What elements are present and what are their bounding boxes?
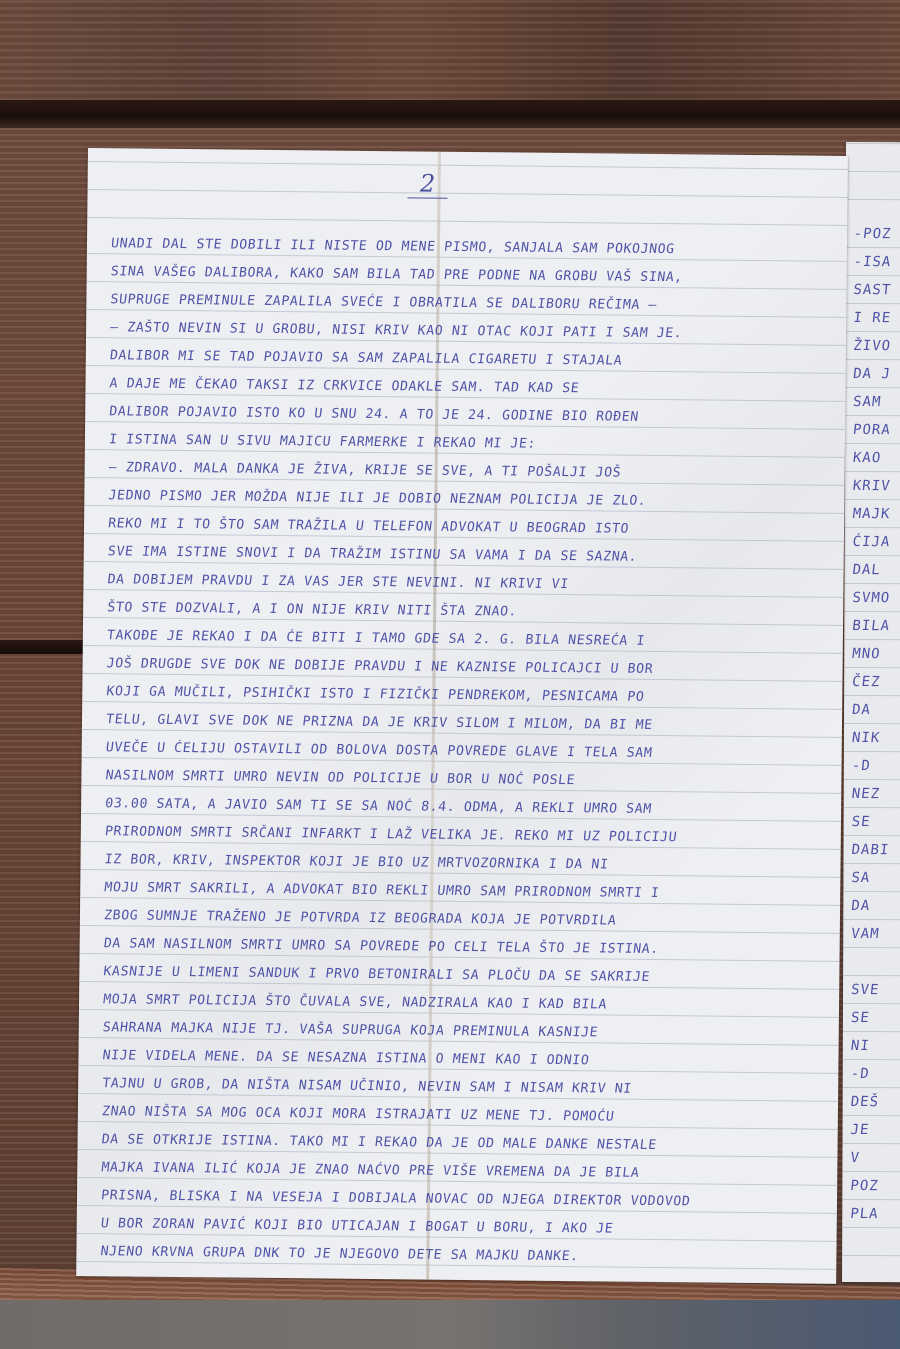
handwritten-line-fragment: ni <box>849 1032 890 1060</box>
handwritten-line-fragment: Da <box>850 696 891 724</box>
handwritten-line-fragment: sast <box>852 276 893 304</box>
handwritten-line-fragment: živo <box>852 332 893 360</box>
handwritten-line-fragment: pla <box>849 1200 890 1228</box>
handwritten-line-fragment: čez <box>851 668 892 696</box>
handwritten-line-fragment: deš <box>849 1088 890 1116</box>
letter-body: Unadi dal ste dobili ili niste od mene p… <box>100 230 835 1274</box>
handwritten-line-fragment: majk <box>851 500 892 528</box>
floor-background <box>0 1300 900 1349</box>
handwritten-line-fragment: sa <box>850 864 891 892</box>
handwritten-line-fragment: sam <box>852 388 893 416</box>
letter-page: 2 Unadi dal ste dobili ili niste od mene… <box>76 148 848 1284</box>
handwritten-line-fragment: je <box>849 1116 890 1144</box>
second-letter-page: -Poz-Isasasti reživoDa jsamporakaokrivma… <box>842 142 900 1282</box>
handwritten-line-fragment: -Isa <box>852 248 893 276</box>
handwritten-line-fragment: Nik <box>850 724 891 752</box>
page-number: 2 <box>407 169 447 198</box>
handwritten-line-fragment: sve <box>850 976 891 1004</box>
handwritten-line-fragment: bila <box>851 612 892 640</box>
handwritten-line-fragment: ćija <box>851 528 892 556</box>
handwritten-line-fragment: da <box>850 892 891 920</box>
handwritten-line-fragment: svmo <box>851 584 892 612</box>
handwritten-line-fragment: dabi <box>850 836 891 864</box>
handwritten-line-fragment <box>850 948 891 976</box>
handwritten-line-fragment: nez <box>850 780 891 808</box>
handwritten-line-fragment: kao <box>851 444 892 472</box>
handwritten-line-fragment: i re <box>852 304 893 332</box>
handwritten-line-fragment: se <box>849 1004 890 1032</box>
handwritten-line-fragment: se <box>850 808 891 836</box>
handwritten-line-fragment: mno <box>851 640 892 668</box>
handwritten-line-fragment: V <box>849 1144 890 1172</box>
wooden-table-gap <box>0 100 900 128</box>
second-page-text: -Poz-Isasasti reživoDa jsamporakaokrivma… <box>850 220 891 1228</box>
wooden-table-plank-top <box>0 0 900 100</box>
handwritten-line-fragment: -D <box>850 752 891 780</box>
handwritten-line-fragment: pora <box>851 416 892 444</box>
handwritten-line-fragment: kriv <box>851 472 892 500</box>
handwritten-line-fragment: vam <box>850 920 891 948</box>
handwritten-line-fragment: -D <box>849 1060 890 1088</box>
handwritten-line-fragment: Da j <box>852 360 893 388</box>
handwritten-line-fragment: poz <box>849 1172 890 1200</box>
handwritten-line-fragment: -Poz <box>852 220 893 248</box>
handwritten-line-fragment: dal <box>851 556 892 584</box>
